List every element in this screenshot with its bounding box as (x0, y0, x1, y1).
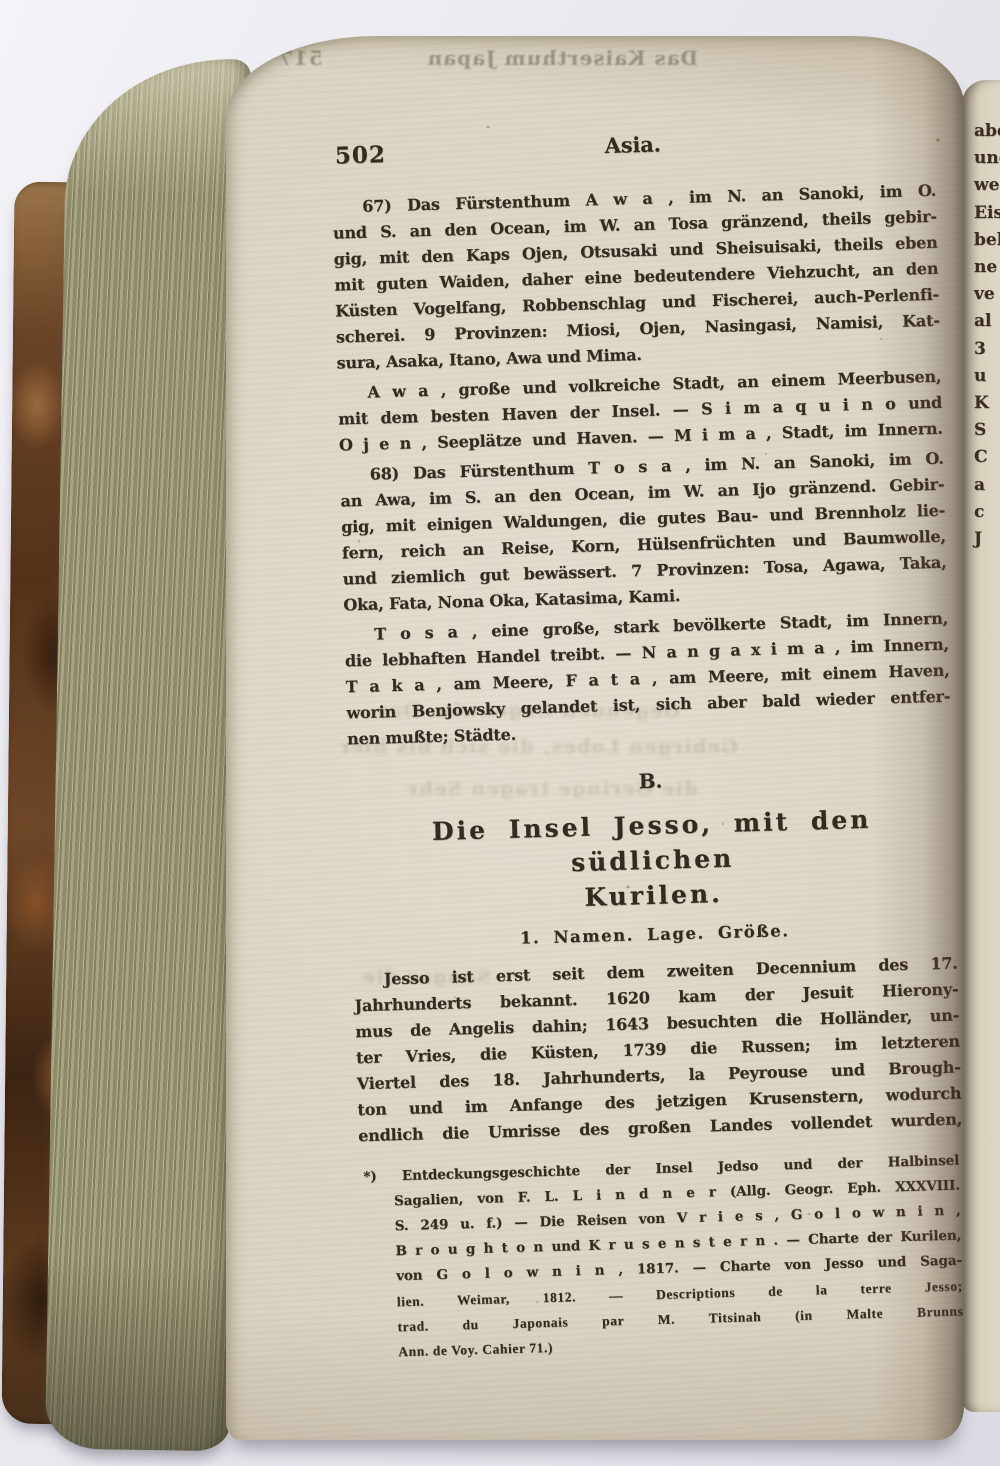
showthrough-header: Das Kaiserthum Japan 517 (278, 46, 698, 70)
facing-page-text-fragments: abeundwenEisbelneveal3uKSCacJ (974, 118, 1000, 553)
page-fore-edge (45, 57, 251, 1452)
photo-backdrop: abeundwenEisbelneveal3uKSCacJ Das Kaiser… (0, 0, 1000, 1466)
section-title: Die Insel Jesso, mit den südlichenKurile… (349, 799, 956, 921)
paragraph-awa-city: A w a , große und volkreiche Stadt, an e… (337, 364, 943, 459)
gutter-shadow (872, 36, 964, 1440)
facing-page-edge: abeundwenEisbelneveal3uKSCacJ (962, 80, 1000, 1412)
section-subheading: 1. Namen. Lage. Größe. (353, 914, 957, 955)
section-label: B. (348, 760, 952, 803)
paragraph-68-tosa: 68) Das Fürstenthum T o s a , im N. an S… (339, 446, 947, 619)
paragraph-tosa-city: T o s a , eine große, stark bevölkerte S… (344, 606, 951, 753)
showthrough-page-number: 517 (278, 46, 323, 70)
paragraph-67-awa: 67) Das Fürstenthum A w a , im N. an San… (332, 178, 941, 377)
showthrough-title: Das Kaiserthum Japan (427, 46, 698, 70)
page-text: 502 Asia. 67) Das Fürstenthum A w a , im… (330, 124, 964, 1365)
main-page: Das Kaiserthum Japan 517 Gegenden Gegenw… (226, 36, 964, 1440)
running-header: Asia. (330, 124, 934, 166)
page-header-row: 502 Asia. (330, 124, 935, 171)
